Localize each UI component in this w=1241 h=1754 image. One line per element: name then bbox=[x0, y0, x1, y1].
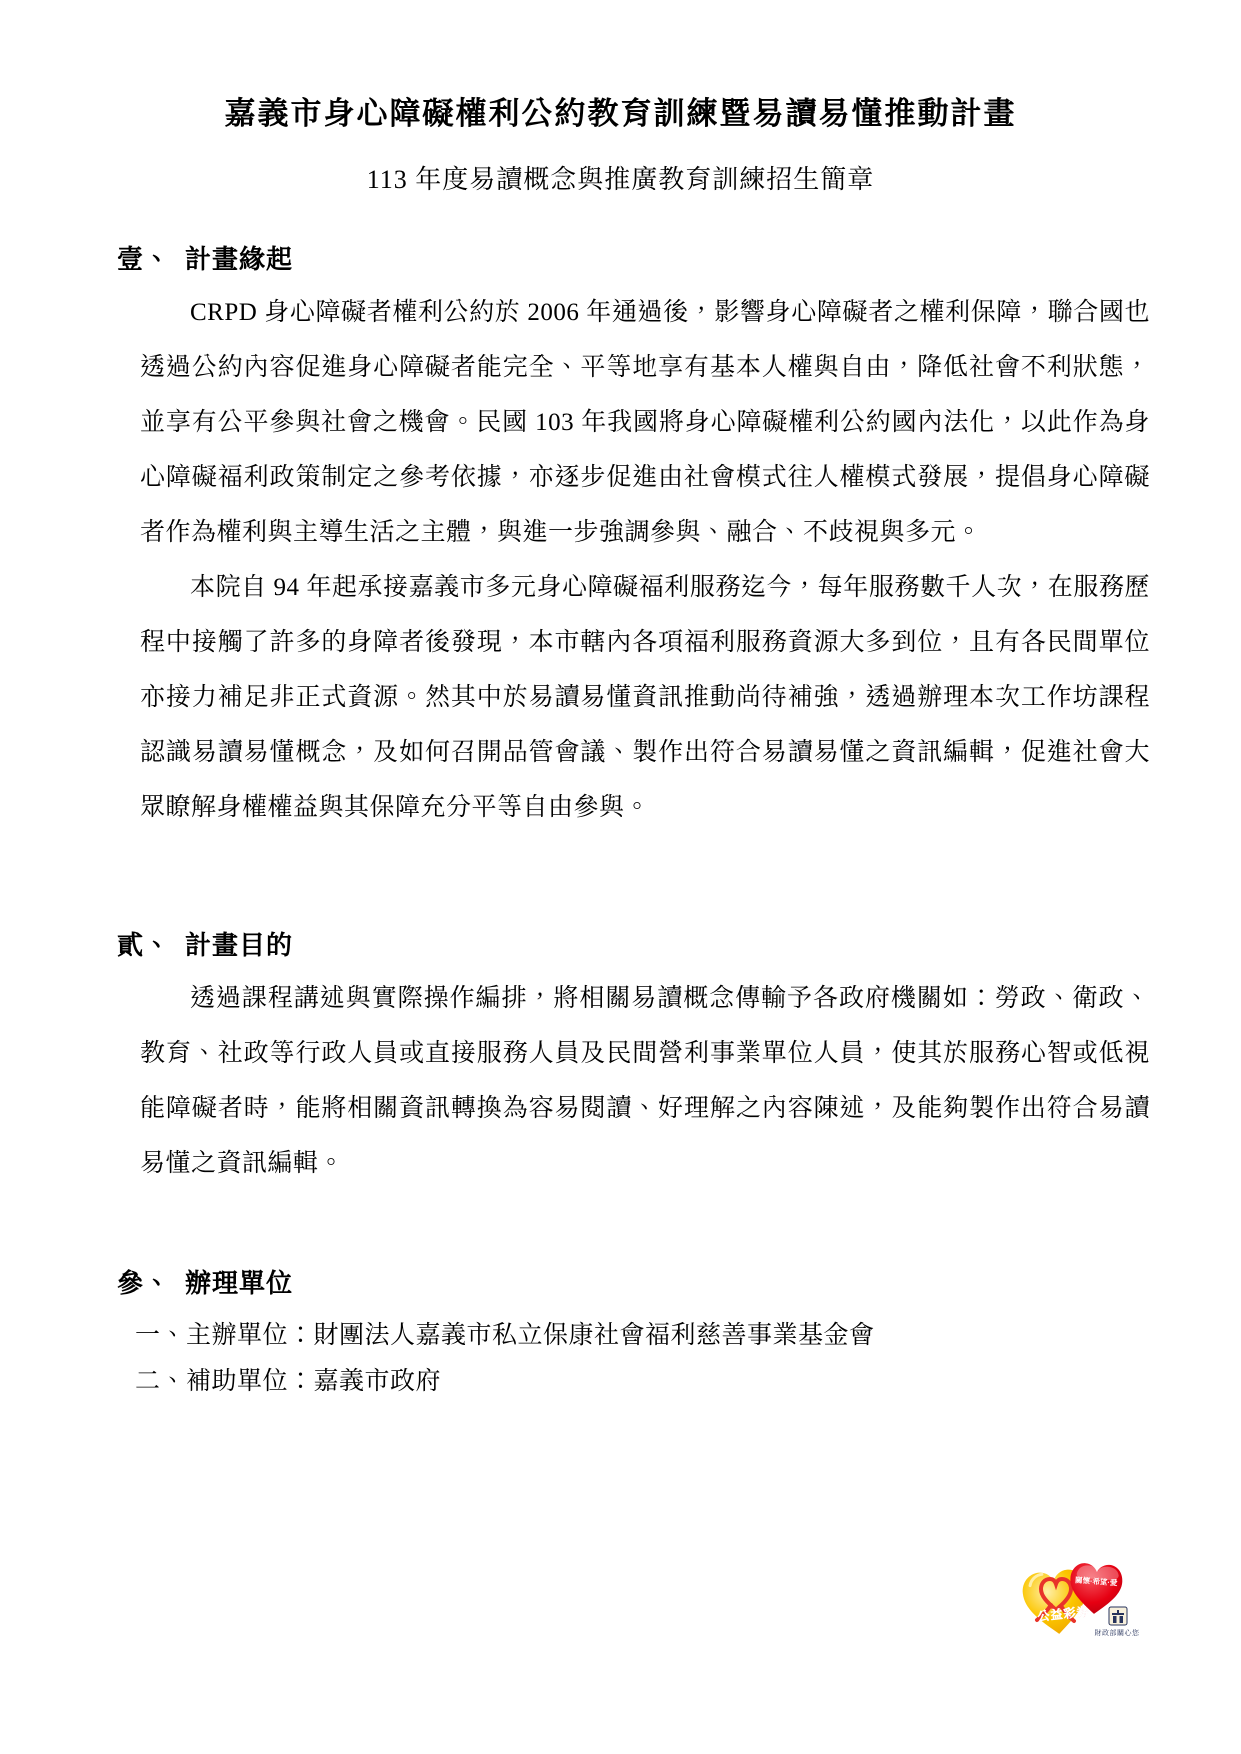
section-marker: 貳、 bbox=[117, 931, 185, 960]
section-title: 辦理單位 bbox=[185, 1269, 293, 1298]
document-subtitle: 113 年度易讀概念與推廣教育訓練招生簡章 bbox=[0, 163, 1241, 197]
paragraph: CRPD 身心障礙者權利公約於 2006 年通過後，影響身心障礙者之權利保障，聯… bbox=[140, 285, 1150, 560]
section-title: 計畫緣起 bbox=[185, 245, 293, 274]
document-body: 壹、計畫緣起 CRPD 身心障礙者權利公約於 2006 年通過後，影響身心障礙者… bbox=[117, 243, 1150, 1404]
section-marker: 壹、 bbox=[117, 245, 185, 274]
section-marker: 參、 bbox=[117, 1269, 185, 1298]
seal-caption-text: 財政部關心您 bbox=[1095, 1628, 1140, 1637]
list-item: 一、主辦單位：財團法人嘉義市私立保康社會福利慈善事業基金會 bbox=[135, 1313, 1150, 1359]
document-page: 嘉義市身心障礙權利公約教育訓練暨易讀易懂推動計畫 113 年度易讀概念與推廣教育… bbox=[0, 0, 1241, 1754]
paragraph: 透過課程講述與實際操作編排，將相關易讀概念傳輸予各政府機關如：勞政、衛政、教育、… bbox=[140, 971, 1150, 1191]
list-item: 二、補助單位：嘉義市政府 bbox=[135, 1359, 1150, 1405]
paragraph: 本院自 94 年起承接嘉義市多元身心障礙福利服務迄今，每年服務數千人次，在服務歷… bbox=[140, 560, 1150, 835]
section-heading-1: 壹、計畫緣起 bbox=[117, 243, 1150, 277]
organizer-list: 一、主辦單位：財團法人嘉義市私立保康社會福利慈善事業基金會 二、補助單位：嘉義市… bbox=[135, 1313, 1150, 1405]
section-heading-3: 參、辦理單位 bbox=[117, 1267, 1150, 1301]
section-title: 計畫目的 bbox=[185, 931, 293, 960]
public-welfare-lottery-logo: 關懷·希望·愛 公益彩券 財政部關心您 bbox=[1018, 1545, 1168, 1665]
section-heading-2: 貳、計畫目的 bbox=[117, 929, 1150, 963]
ministry-of-finance-seal-icon bbox=[1109, 1607, 1127, 1625]
document-title: 嘉義市身心障礙權利公約教育訓練暨易讀易懂推動計畫 bbox=[0, 0, 1241, 135]
